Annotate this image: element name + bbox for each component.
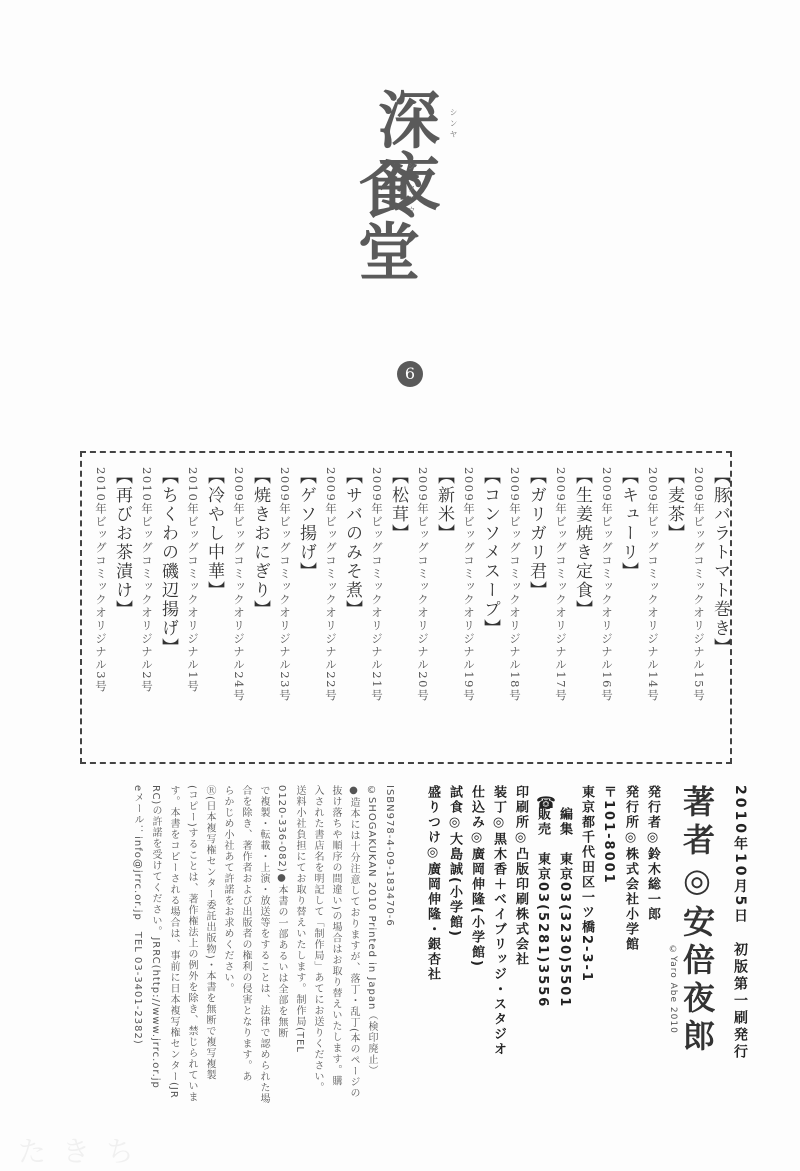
postal-code: 〒101-8001 xyxy=(598,785,618,1095)
toc-entry: 【再びお茶漬け】2010年ビッグコミックオリジナル3号 xyxy=(92,467,132,757)
printer: 印刷所◎凸版印刷株式会社 xyxy=(510,785,530,1095)
toc-title: 【キューリ】 xyxy=(616,467,638,757)
toc-entry: 【ゲソ揚げ】2009年ビッグコミックオリジナル23号 xyxy=(276,467,316,757)
toc-title: 【ちくわの磯辺揚げ】 xyxy=(156,467,178,757)
toc-title: 【再びお茶漬け】 xyxy=(110,467,132,757)
toc-title: 【ゲソ揚げ】 xyxy=(294,467,316,757)
toc-source: 2009年ビッグコミックオリジナル19号 xyxy=(460,467,476,757)
notice-line: (コピー)することは、著作権法上の例外を除き、禁じられていま xyxy=(183,785,200,1095)
toc-entry: 【焼きおにぎり】2009年ビッグコミックオリジナル24号 xyxy=(230,467,270,757)
toc-entry: 【ガリガリ君】2009年ビッグコミックオリジナル18号 xyxy=(506,467,546,757)
design-credit: 装丁◎黒木香＋ベイブリッジ・スタジオ xyxy=(488,785,508,1095)
toc-source: 2009年ビッグコミックオリジナル21号 xyxy=(368,467,384,757)
notice-line: eメール：info@jrrc.or.jp TEL 03-3401-2382) xyxy=(129,785,146,1095)
address: 東京都千代田区一ツ橋2-3-1 xyxy=(576,785,596,1095)
table-of-contents: 【豚バラトマト巻き】2009年ビッグコミックオリジナル15号 【麦茶】2009年… xyxy=(80,451,732,764)
notice-line: す。本書をコピーされる場合は、事前に日本複写権センター(JR xyxy=(165,785,182,1095)
colophon: 2010年10月5日 初版第一刷発行 著者◎安倍夜郎 ©Yaro Abe 201… xyxy=(128,785,750,1095)
toc-source: 2009年ビッグコミックオリジナル14号 xyxy=(644,467,660,757)
toc-title: 【松茸】 xyxy=(386,467,408,757)
toc-title: 【新米】 xyxy=(432,467,454,757)
toc-entry: 【新米】2009年ビッグコミックオリジナル20号 xyxy=(414,467,454,757)
toc-title: 【豚バラトマト巻き】 xyxy=(708,467,730,757)
toc-title: 【ガリガリ君】 xyxy=(524,467,546,757)
volume-badge: 6 xyxy=(397,361,423,387)
logo-ruby-1: シンヤ xyxy=(448,108,459,141)
publication-date: 2010年10月5日 初版第一刷発行 xyxy=(728,785,750,1095)
printed-in: ©SHOGAKUKAN 2010 Printed in Japan（検印廃止） xyxy=(363,785,380,1095)
notice-line: Ⓡ(日本複写権センター委託出版物)・本書を無断で複写複製 xyxy=(201,785,218,1095)
plating-credit: 盛りつけ◎廣岡伸隆・銀杏社 xyxy=(422,785,442,1095)
toc-entry: 【生姜焼き定食】2009年ビッグコミックオリジナル17号 xyxy=(552,467,592,757)
series-logo-lower: 食堂 xyxy=(350,160,460,440)
notice-line: で複製・転載・上演・放送等をすることは、法律で認められた場 xyxy=(255,785,272,1095)
notice-line: 入された書店名を明記して「制作局」あてにお送りください。 xyxy=(309,785,326,1095)
publisher-name: 発行所◎株式会社小学館 xyxy=(620,785,640,1095)
toc-title: 【コンソメスープ】 xyxy=(478,467,500,757)
toc-source: 2009年ビッグコミックオリジナル18号 xyxy=(506,467,522,757)
toc-entry: 【麦茶】2009年ビッグコミックオリジナル14号 xyxy=(644,467,684,757)
tel-sales: 販売 東京03(5281)3556 xyxy=(532,785,552,1008)
publisher-person: 発行者◎鈴木総一郎 xyxy=(642,785,662,1095)
toc-source: 2009年ビッグコミックオリジナル20号 xyxy=(414,467,430,757)
toc-entry: 【コンソメスープ】2009年ビッグコミックオリジナル19号 xyxy=(460,467,500,757)
toc-source: 2009年ビッグコミックオリジナル22号 xyxy=(322,467,338,757)
tel-edit: 編集 東京03(3230)5501 xyxy=(554,785,574,1008)
toc-source: 2010年ビッグコミックオリジナル1号 xyxy=(184,467,200,757)
toc-entry: 【サバのみそ煮】2009年ビッグコミックオリジナル22号 xyxy=(322,467,362,757)
notice-line: 抜け落ちや順序の間違い)の場合はお取り替えいたします。購 xyxy=(327,785,344,1095)
toc-entry: 【豚バラトマト巻き】2009年ビッグコミックオリジナル15号 xyxy=(690,467,730,757)
telephone-icon: ☎ xyxy=(536,793,556,812)
toc-entry: 【冷やし中華】2010年ビッグコミックオリジナル1号 xyxy=(184,467,224,757)
toc-source: 2010年ビッグコミックオリジナル3号 xyxy=(92,467,108,757)
toc-source: 2009年ビッグコミックオリジナル24号 xyxy=(230,467,246,757)
toc-entry: 【ちくわの磯辺揚げ】2010年ビッグコミックオリジナル2号 xyxy=(138,467,178,757)
toc-source: 2009年ビッグコミックオリジナル15号 xyxy=(690,467,706,757)
author-credit: 著者◎安倍夜郎 xyxy=(680,785,720,1095)
notice-line: RC)の許諾を受けてください。JRRC(http://www.jrrc.or.j… xyxy=(147,785,164,1095)
prep-credit: 仕込み◎廣岡伸隆(小学館) xyxy=(466,785,486,1095)
toc-source: 2009年ビッグコミックオリジナル23号 xyxy=(276,467,292,757)
notice-line: 0120-336-082)●本書の一部あるいは全部を無断 xyxy=(273,785,290,1095)
isbn: ISBN978-4-09-183470-6 xyxy=(381,785,398,1095)
telephone-block: 編集 東京03(3230)5501 販売 東京03(5281)3556 印刷所◎… xyxy=(508,785,574,1095)
notice-line: らかじめ小社あて許諾をお求めください。 xyxy=(219,785,236,1095)
notice-line: ●造本には十分注意しておりますが、落丁・乱丁(本のページの xyxy=(345,785,362,1095)
spacer xyxy=(398,785,420,1095)
toc-source: 2009年ビッグコミックオリジナル16号 xyxy=(598,467,614,757)
logo-line-2: 食堂 xyxy=(358,160,460,284)
tasting-credit: 試食◎大島誠(小学館) xyxy=(444,785,464,1095)
scanner-watermark: たきち xyxy=(18,1130,150,1170)
toc-source: 2009年ビッグコミックオリジナル17号 xyxy=(552,467,568,757)
toc-title: 【冷やし中華】 xyxy=(202,467,224,757)
toc-title: 【生姜焼き定食】 xyxy=(570,467,592,757)
toc-entry: 【キューリ】2009年ビッグコミックオリジナル16号 xyxy=(598,467,638,757)
notice-line: 送料小社負担にてお取り替えいたします。制作局(TEL xyxy=(291,785,308,1095)
toc-entry: 【松茸】2009年ビッグコミックオリジナル21号 xyxy=(368,467,408,757)
toc-source: 2010年ビッグコミックオリジナル2号 xyxy=(138,467,154,757)
telephone-group: 編集 東京03(3230)5501 販売 東京03(5281)3556 xyxy=(530,785,574,1095)
toc-title: 【焼きおにぎり】 xyxy=(248,467,270,757)
telephone-rows: 編集 東京03(3230)5501 販売 東京03(5281)3556 xyxy=(530,785,574,1008)
toc-title: 【麦茶】 xyxy=(662,467,684,757)
toc-title: 【サバのみそ煮】 xyxy=(340,467,362,757)
notice-line: 合を除き、著作者および出版者の権利の侵害となります。あ xyxy=(237,785,254,1095)
